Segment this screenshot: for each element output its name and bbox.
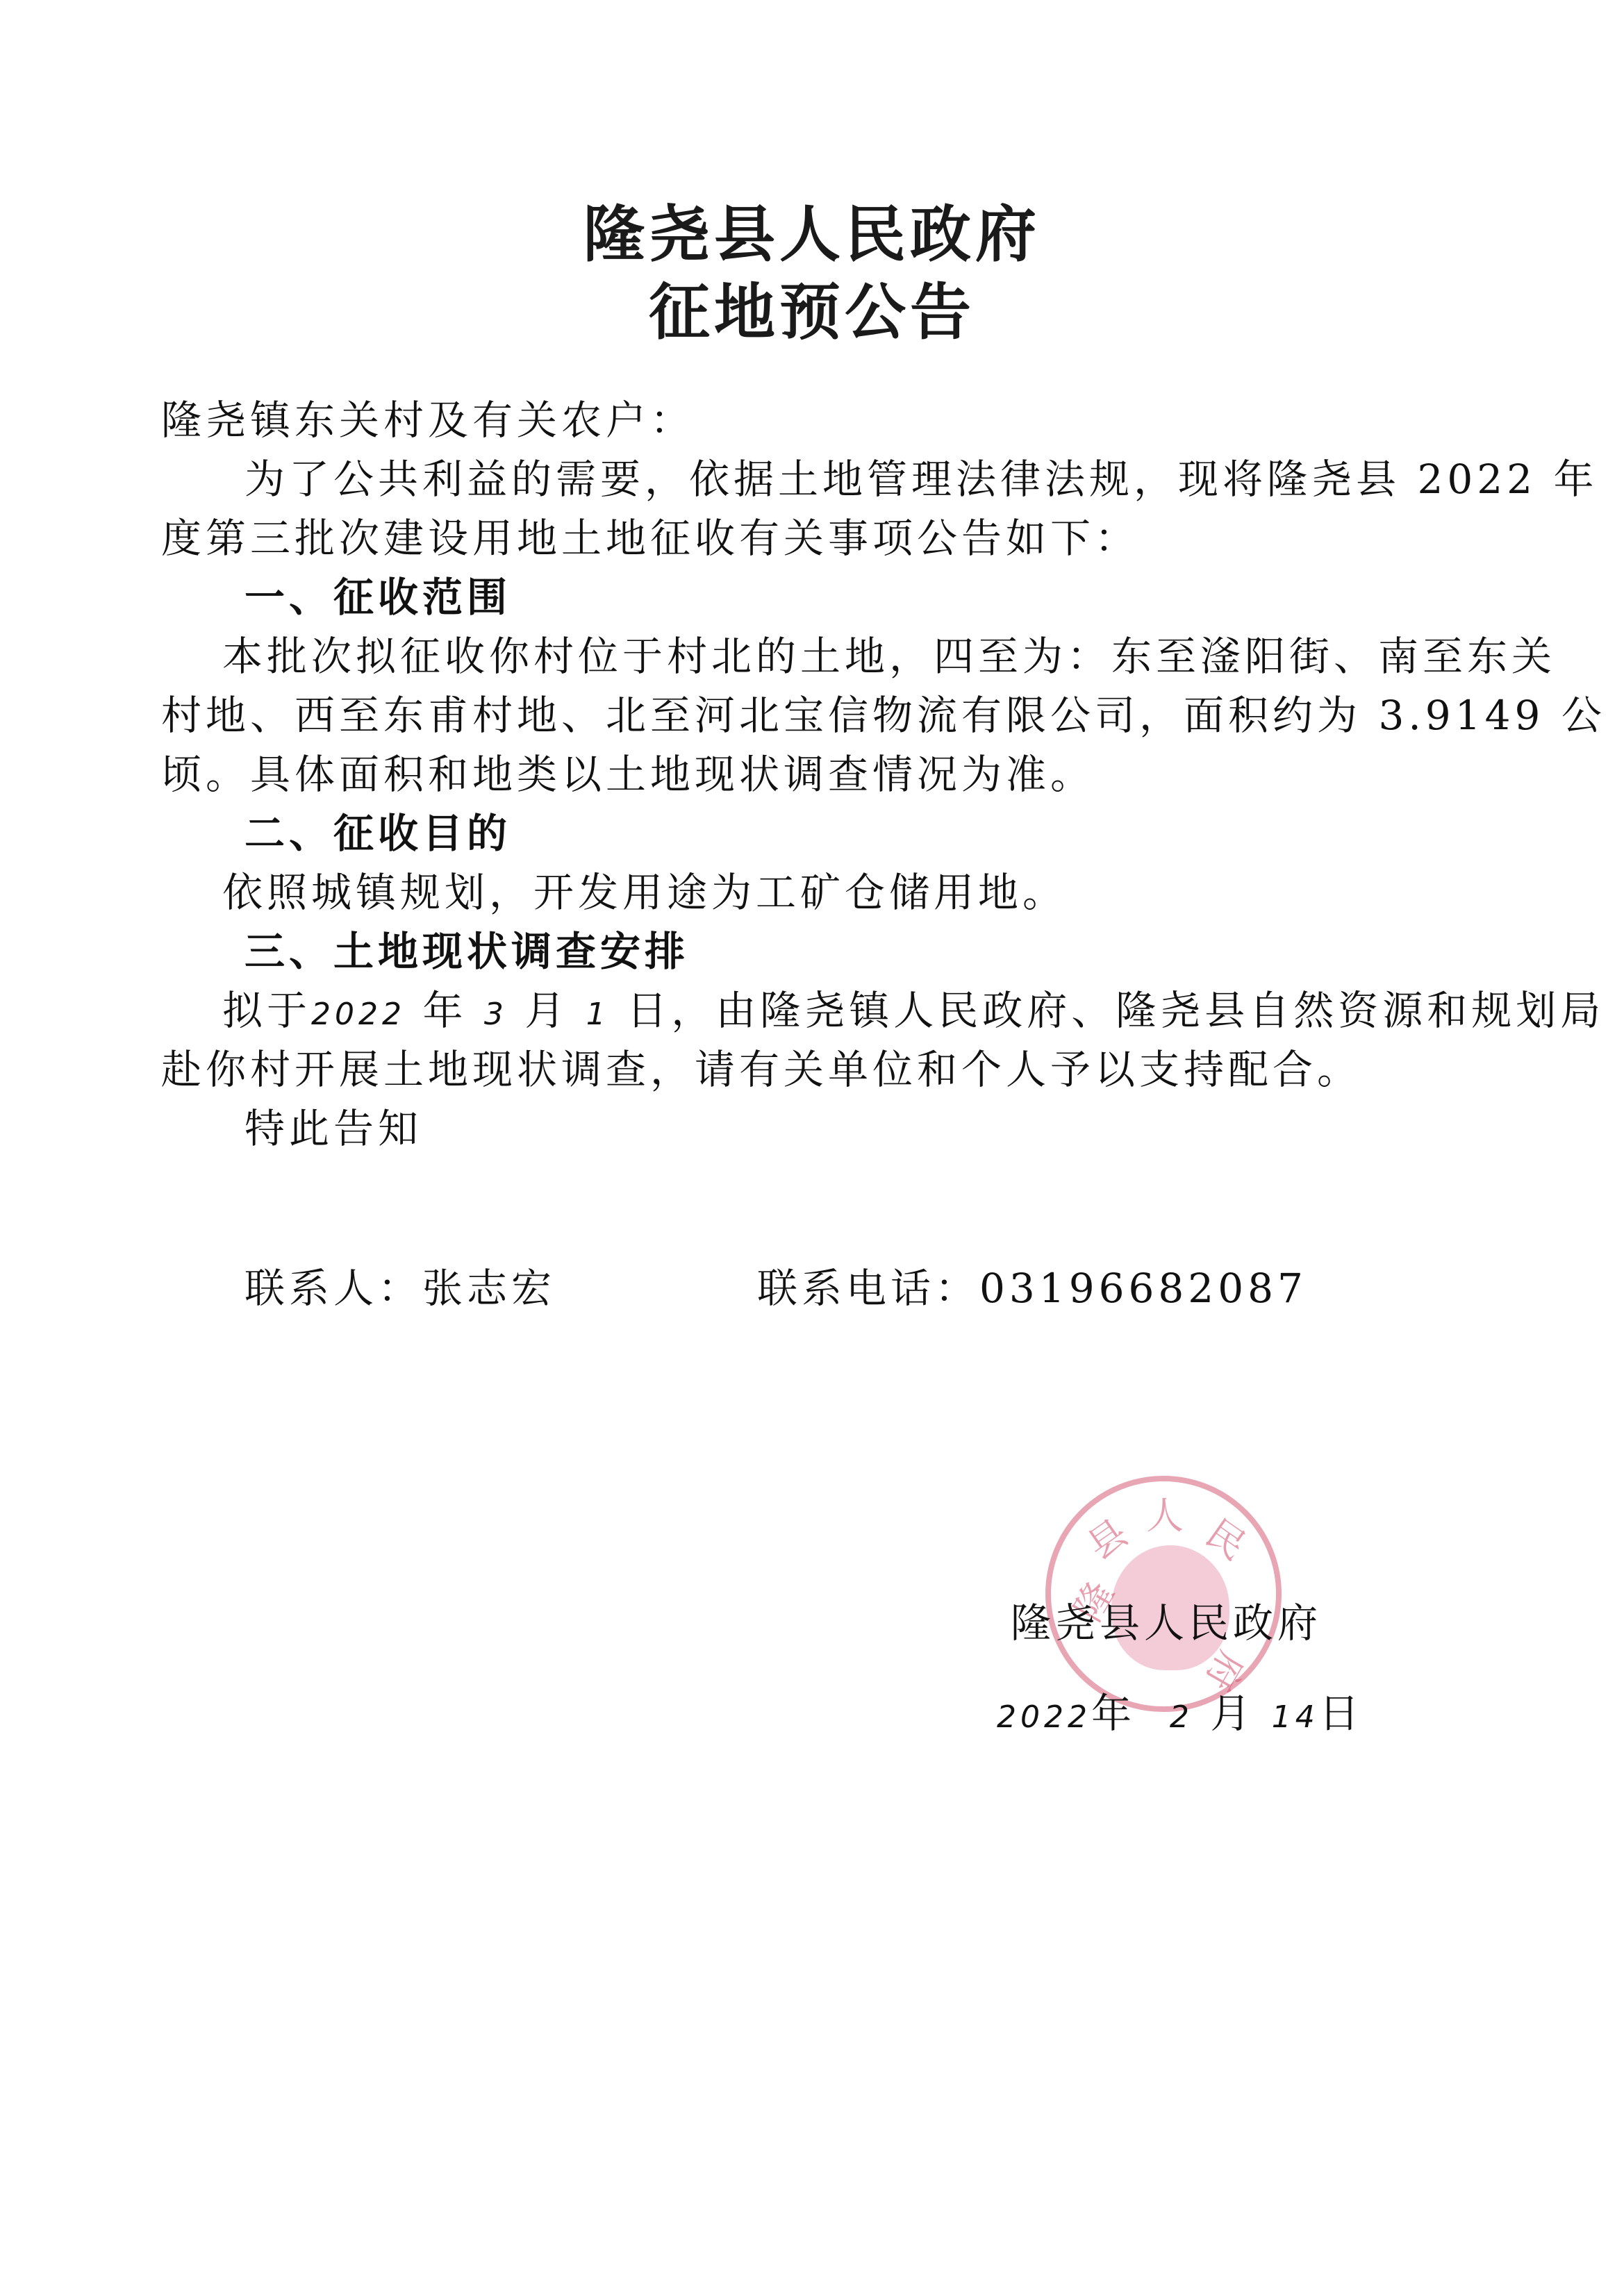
date-year-handwritten: 2022 xyxy=(997,1699,1091,1735)
signature-organization: 隆尧县人民政府 xyxy=(1011,1590,1322,1649)
survey-line-2: 赴你村开展土地现状调查，请有关单位和个人予以支持配合。 xyxy=(161,1045,1361,1094)
scope-line-1: 本批次拟征收你村位于村北的土地，四至为：东至滏阳街、南至东关 xyxy=(222,632,1556,681)
intro-line-1: 为了公共利益的需要，依据土地管理法律法规，现将隆尧县 2022 年 xyxy=(245,455,1598,504)
seal-char: 人 xyxy=(1146,1486,1184,1540)
date-month-handwritten: 2 xyxy=(1170,1699,1193,1735)
survey-year-handwritten: 2022 xyxy=(311,997,406,1032)
survey-month-handwritten: 3 xyxy=(484,997,508,1032)
section-heading-scope: 一、征收范围 xyxy=(245,573,511,622)
date-day-handwritten: 14 xyxy=(1272,1699,1319,1735)
scope-line-2: 村地、西至东甫村地、北至河北宝信物流有限公司，面积约为 3.9149 公 xyxy=(161,691,1606,740)
date-month-unit: 月 xyxy=(1210,1690,1254,1737)
contact-person: 联系人：张志宏 xyxy=(245,1264,556,1313)
survey-prefix: 拟于 xyxy=(222,987,311,1034)
addressee: 隆尧镇东关村及有关农户： xyxy=(161,396,695,444)
section-heading-purpose: 二、征收目的 xyxy=(245,809,511,858)
survey-line-1: 拟于2022 年 3 月 1 日，由隆尧镇人民政府、隆尧县自然资源和规划局 xyxy=(222,986,1605,1039)
closing-text: 特此告知 xyxy=(245,1104,422,1153)
document-title-line1: 隆尧县人民政府 xyxy=(0,186,1624,274)
survey-year-unit: 年 xyxy=(422,987,467,1034)
document-title-line2: 征地预公告 xyxy=(0,264,1624,351)
date-day-unit: 日 xyxy=(1319,1690,1364,1737)
survey-rest: 日，由隆尧镇人民政府、隆尧县自然资源和规划局 xyxy=(627,987,1605,1034)
survey-day-handwritten: 1 xyxy=(586,997,610,1032)
intro-line-2: 度第三批次建设用地土地征收有关事项公告如下： xyxy=(161,514,1139,563)
survey-month-unit: 月 xyxy=(524,987,569,1034)
date-year-unit: 年 xyxy=(1091,1690,1136,1737)
contact-phone: 联系电话：03196682087 xyxy=(757,1264,1307,1313)
scope-line-3: 顷。具体面积和地类以土地现状调查情况为准。 xyxy=(161,750,1095,799)
signature-date: 2022年 2 月 14日 xyxy=(997,1681,1364,1739)
purpose-line-1: 依照城镇规划，开发用途为工矿仓储用地。 xyxy=(222,868,1067,917)
section-heading-survey: 三、土地现状调查安排 xyxy=(245,927,689,976)
